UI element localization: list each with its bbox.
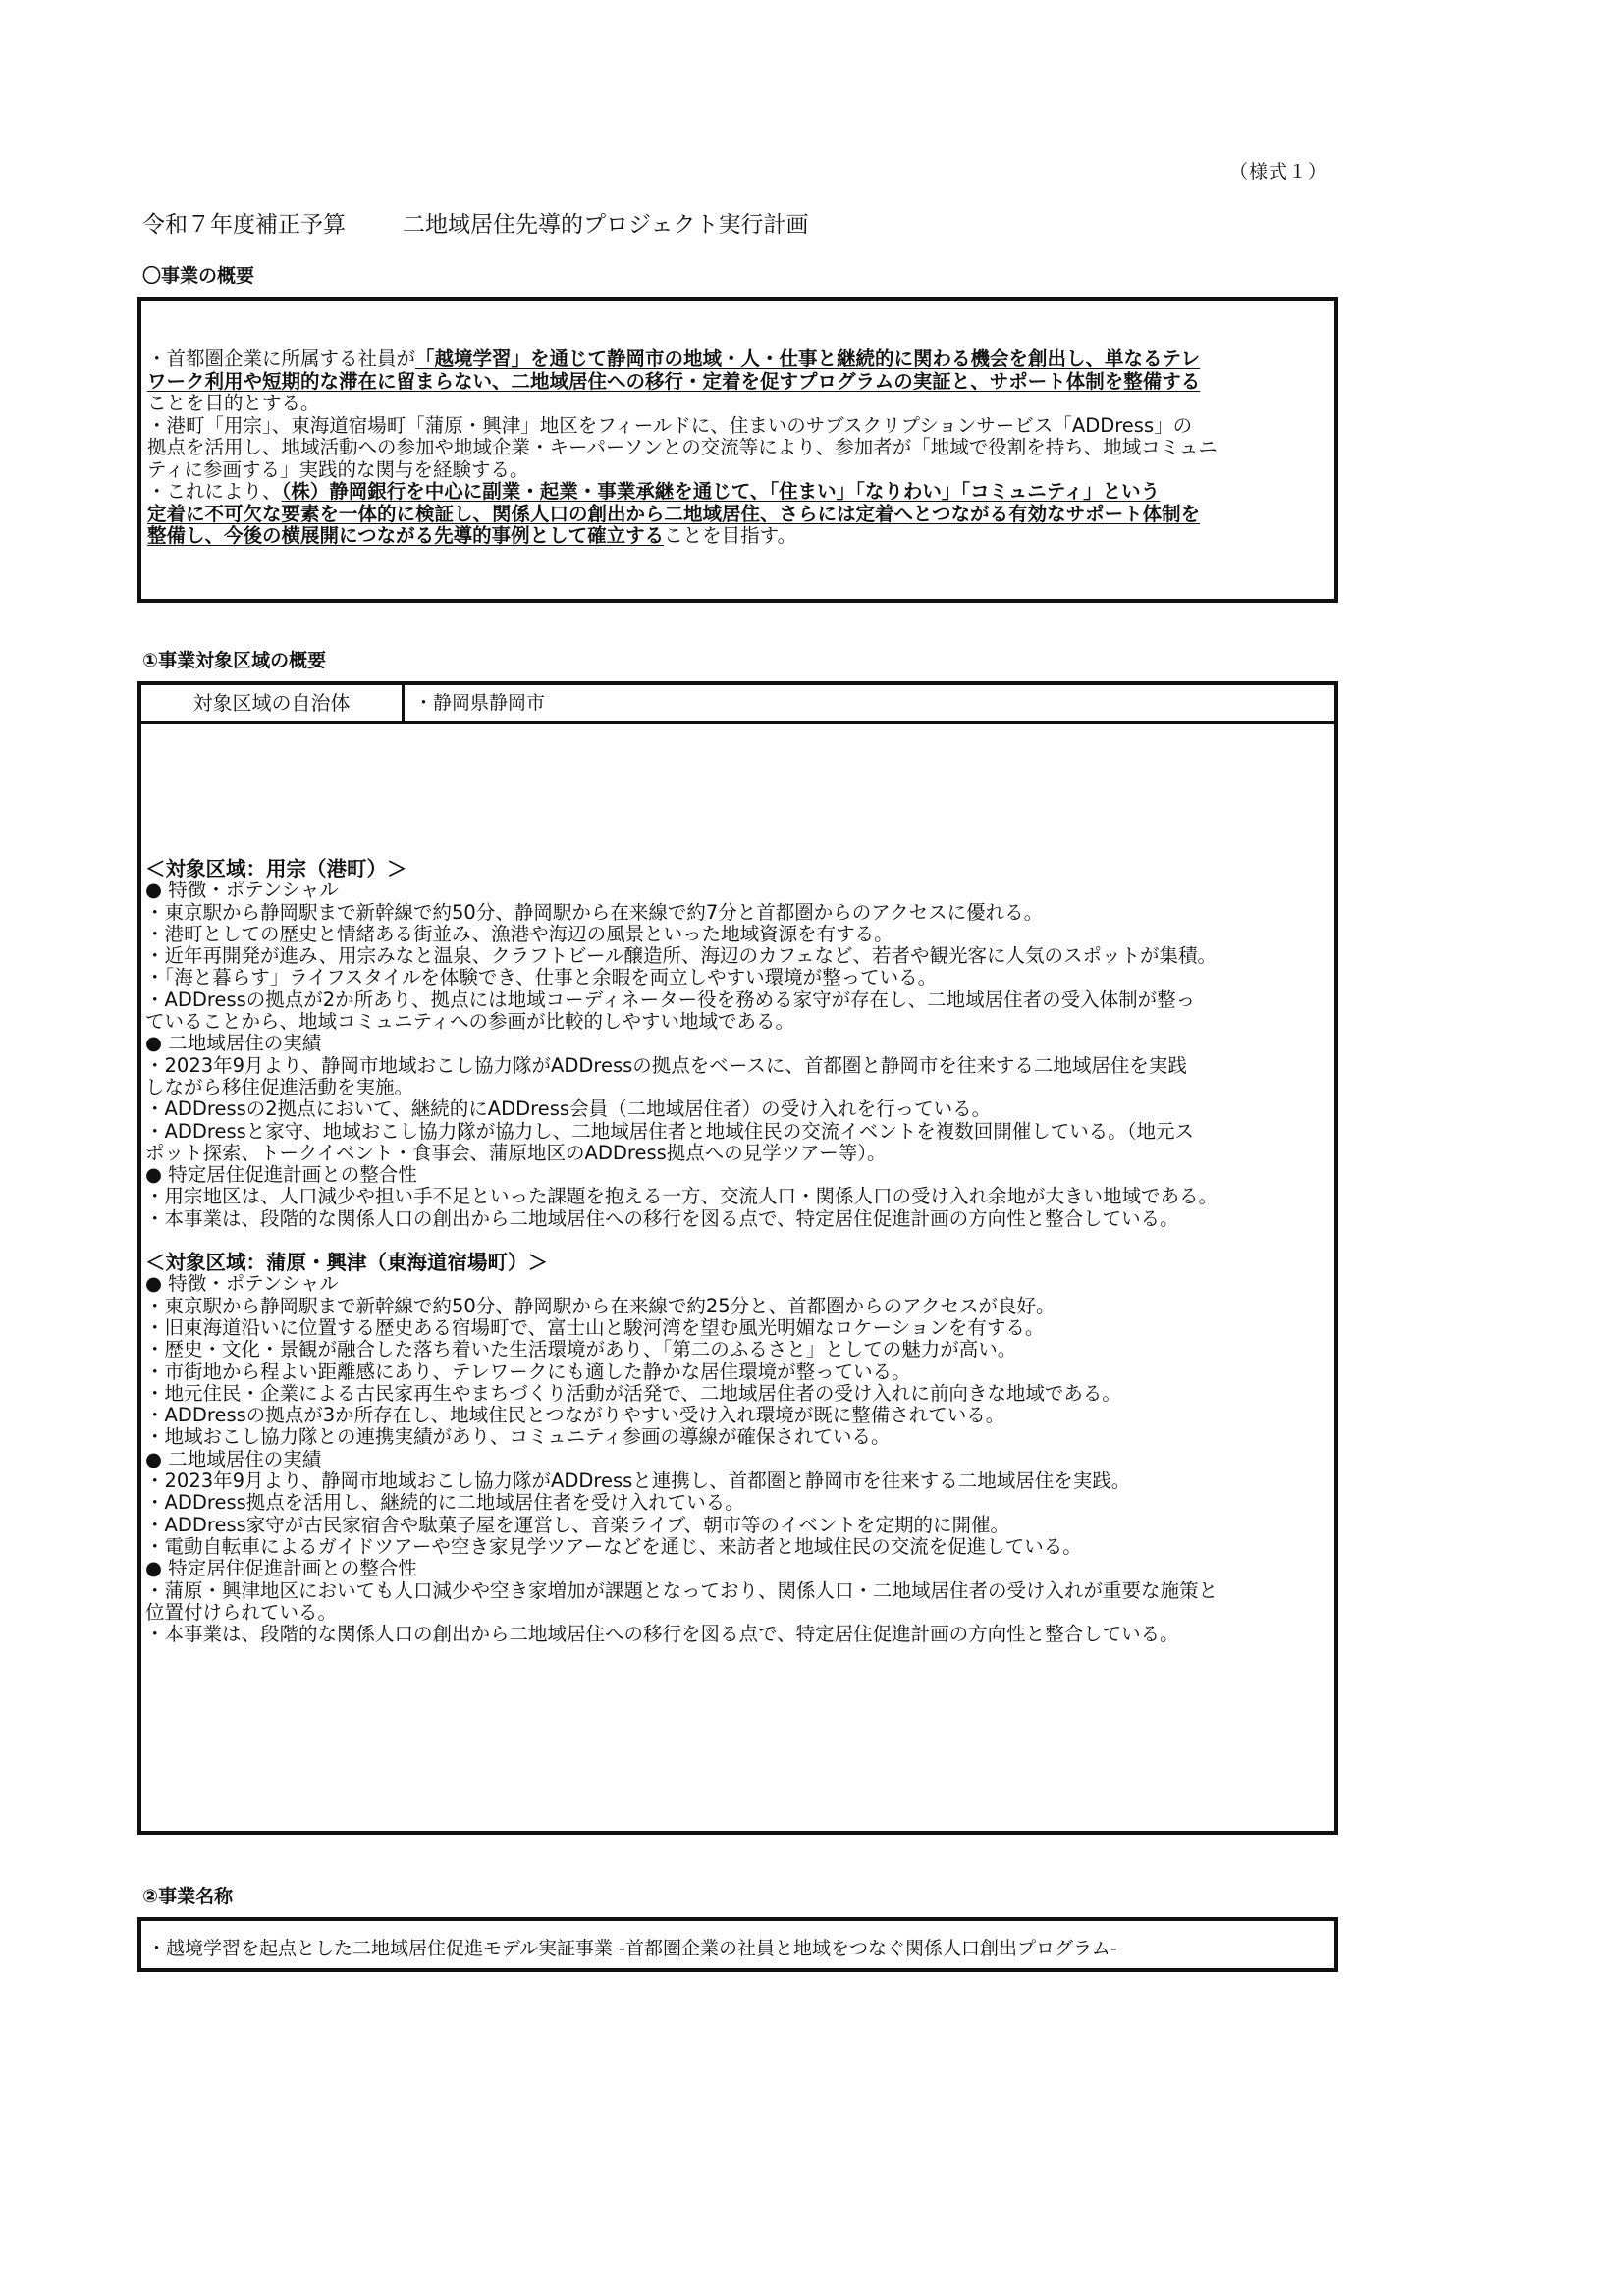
section1-heading: ①事業対象区域の概要	[142, 646, 326, 672]
overview-box: ・首都圏企業に所属する社員が「越境学習」を通じて静岡市の地域・人・仕事と継続的に…	[137, 297, 1338, 603]
overview-text: ・首都圏企業に所属する社員が「越境学習」を通じて静岡市の地域・人・仕事と継続的に…	[147, 348, 1218, 548]
list-item: ポット探索、トークイベント・食事会、蒲原地区のADDress拠点への見学ツアー等…	[145, 1143, 1218, 1164]
overview-line: 整備し、今後の横展開につながる先導的事例として確立することを目指す。	[147, 525, 1218, 548]
list-item: ・地元住民・企業による古民家再生やまちづくり活動が活発で、二地域居住者の受け入れ…	[145, 1383, 1218, 1405]
overview-line: ワーク利用や短期的な滞在に留まらない、二地域居住への移行・定着を促すプログラムの…	[147, 371, 1218, 394]
list-item: ・旧東海道沿いに位置する歴史ある宿場町で、富士山と駿河湾を望む風光明媚なロケーシ…	[145, 1317, 1218, 1339]
target-area-box: 対象区域の自治体 ・静岡県静岡市 ＜対象区域：用宗（港町）＞ ● 特徴・ポテンシ…	[137, 681, 1338, 1835]
overview-line: ことを目的とする。	[147, 393, 1218, 415]
document-title: 令和７年度補正予算二地域居住先導的プロジェクト実行計画	[142, 206, 809, 239]
area-title-mochimune: ＜対象区域：用宗（港町）＞	[145, 858, 1218, 880]
municipality-label: 対象区域の自治体	[141, 685, 405, 721]
document-title-budget: 令和７年度補正予算	[142, 212, 346, 238]
overview-line: ・首都圏企業に所属する社員が「越境学習」を通じて静岡市の地域・人・仕事と継続的に…	[147, 348, 1218, 371]
list-item: ・本事業は、段階的な関係人口の創出から二地域居住への移行を図る点で、特定居住促進…	[145, 1208, 1218, 1230]
list-item: ・蒲原・興津地区においても人口減少や空き家増加が課題となっており、関係人口・二地…	[145, 1580, 1218, 1602]
group-heading: ● 特定居住促進計画との整合性	[145, 1164, 1218, 1186]
list-item: ・ADDressの拠点が2か所あり、拠点には地域コーディネーター役を務める家守が…	[145, 989, 1218, 1011]
list-item: ・ADDress家守が古民家宿舎や駄菓子屋を運営し、音楽ライブ、朝市等のイベント…	[145, 1515, 1218, 1536]
overview-line: ティに参画する」実践的な関与を経験する。	[147, 459, 1218, 482]
overview-heading: 〇事業の概要	[142, 261, 254, 288]
list-item: ・歴史・文化・景観が融合した落ち着いた生活環境があり、「第二のふるさと」としての…	[145, 1339, 1218, 1361]
list-item: ていることから、地域コミュニティへの参画が比較的しやすい地域である。	[145, 1011, 1218, 1033]
list-item: ・2023年9月より、静岡市地域おこし協力隊がADDressの拠点をベースに、首…	[145, 1055, 1218, 1077]
group-heading: ● 特徴・ポテンシャル	[145, 880, 1218, 901]
document-title-project: 二地域居住先導的プロジェクト実行計画	[403, 212, 809, 238]
list-item: ・本事業は、段階的な関係人口の創出から二地域居住への移行を図る点で、特定居住促進…	[145, 1624, 1218, 1645]
list-item: しながら移住促進活動を実施。	[145, 1077, 1218, 1098]
list-item: ・ADDressの拠点が3か所存在し、地域住民とつながりやすい受け入れ環境が既に…	[145, 1405, 1218, 1426]
group-heading: ● 特定居住促進計画との整合性	[145, 1558, 1218, 1579]
list-item: ・2023年9月より、静岡市地域おこし協力隊がADDressと連携し、首都圏と静…	[145, 1470, 1218, 1492]
overview-line: ・港町「用宗」、東海道宿場町「蒲原・興津」地区をフィールドに、住まいのサブスクリ…	[147, 415, 1218, 438]
section2-heading: ②事業名称	[142, 1882, 233, 1908]
area-title-kambara-okitsu: ＜対象区域：蒲原・興津（東海道宿場町）＞	[145, 1252, 1218, 1273]
overview-line: 定着に不可欠な要素を一体的に検証し、関係人口の創出から二地域居住、さらには定着へ…	[147, 504, 1218, 526]
overview-line: ・これにより、（株）静岡銀行を中心に副業・起業・事業承継を通じて、「住まい」「な…	[147, 481, 1218, 504]
group-heading: ● 二地域居住の実績	[145, 1449, 1218, 1470]
list-item: ・地域おこし協力隊との連携実績があり、コミュニティ参画の導線が確保されている。	[145, 1426, 1218, 1448]
project-name: ・越境学習を起点とした二地域居住促進モデル実証事業 -首都圏企業の社員と地域をつ…	[147, 1934, 1117, 1960]
overview-line: 拠点を活用し、地域活動への参加や地域企業・キーパーソンとの交流等により、参加者が…	[147, 437, 1218, 459]
list-item: ・ADDressの2拠点において、継続的にADDress会員（二地域居住者）の受…	[145, 1098, 1218, 1120]
list-item: 位置付けられている。	[145, 1602, 1218, 1624]
list-item: ・東京駅から静岡駅まで新幹線で約50分、静岡駅から在来線で約25分と、首都圏から…	[145, 1296, 1218, 1317]
list-item: ・電動自転車によるガイドツアーや空き家見学ツアーなどを通じ、来訪者と地域住民の交…	[145, 1536, 1218, 1558]
list-item: ・近年再開発が進み、用宗みなと温泉、クラフトビール醸造所、海辺のカフェなど、若者…	[145, 945, 1218, 967]
group-heading: ● 二地域居住の実績	[145, 1033, 1218, 1054]
municipality-value: ・静岡県静岡市	[405, 685, 545, 721]
form-number: （様式１）	[1229, 157, 1327, 184]
list-item: ・ADDress拠点を活用し、継続的に二地域居住者を受け入れている。	[145, 1492, 1218, 1514]
project-name-box: ・越境学習を起点とした二地域居住促進モデル実証事業 -首都圏企業の社員と地域をつ…	[137, 1917, 1338, 1972]
group-heading: ● 特徴・ポテンシャル	[145, 1273, 1218, 1295]
list-item: ・「海と暮らす」ライフスタイルを体験でき、仕事と余暇を両立しやすい環境が整ってい…	[145, 967, 1218, 988]
target-area-details: ＜対象区域：用宗（港町）＞ ● 特徴・ポテンシャル ・東京駅から静岡駅まで新幹線…	[145, 858, 1218, 1645]
list-item: ・東京駅から静岡駅まで新幹線で約50分、静岡駅から在来線で約7分と首都圏からのア…	[145, 902, 1218, 924]
list-item: ・用宗地区は、人口減少や担い手不足といった課題を抱える一方、交流人口・関係人口の…	[145, 1186, 1218, 1207]
list-item: ・市街地から程よい距離感にあり、テレワークにも適した静かな居住環境が整っている。	[145, 1362, 1218, 1383]
list-item: ・ADDressと家守、地域おこし協力隊が協力し、二地域居住者と地域住民の交流イ…	[145, 1121, 1218, 1143]
municipality-row: 対象区域の自治体 ・静岡県静岡市	[141, 685, 1334, 724]
list-item: ・港町としての歴史と情緒ある街並み、漁港や海辺の風景といった地域資源を有する。	[145, 924, 1218, 945]
